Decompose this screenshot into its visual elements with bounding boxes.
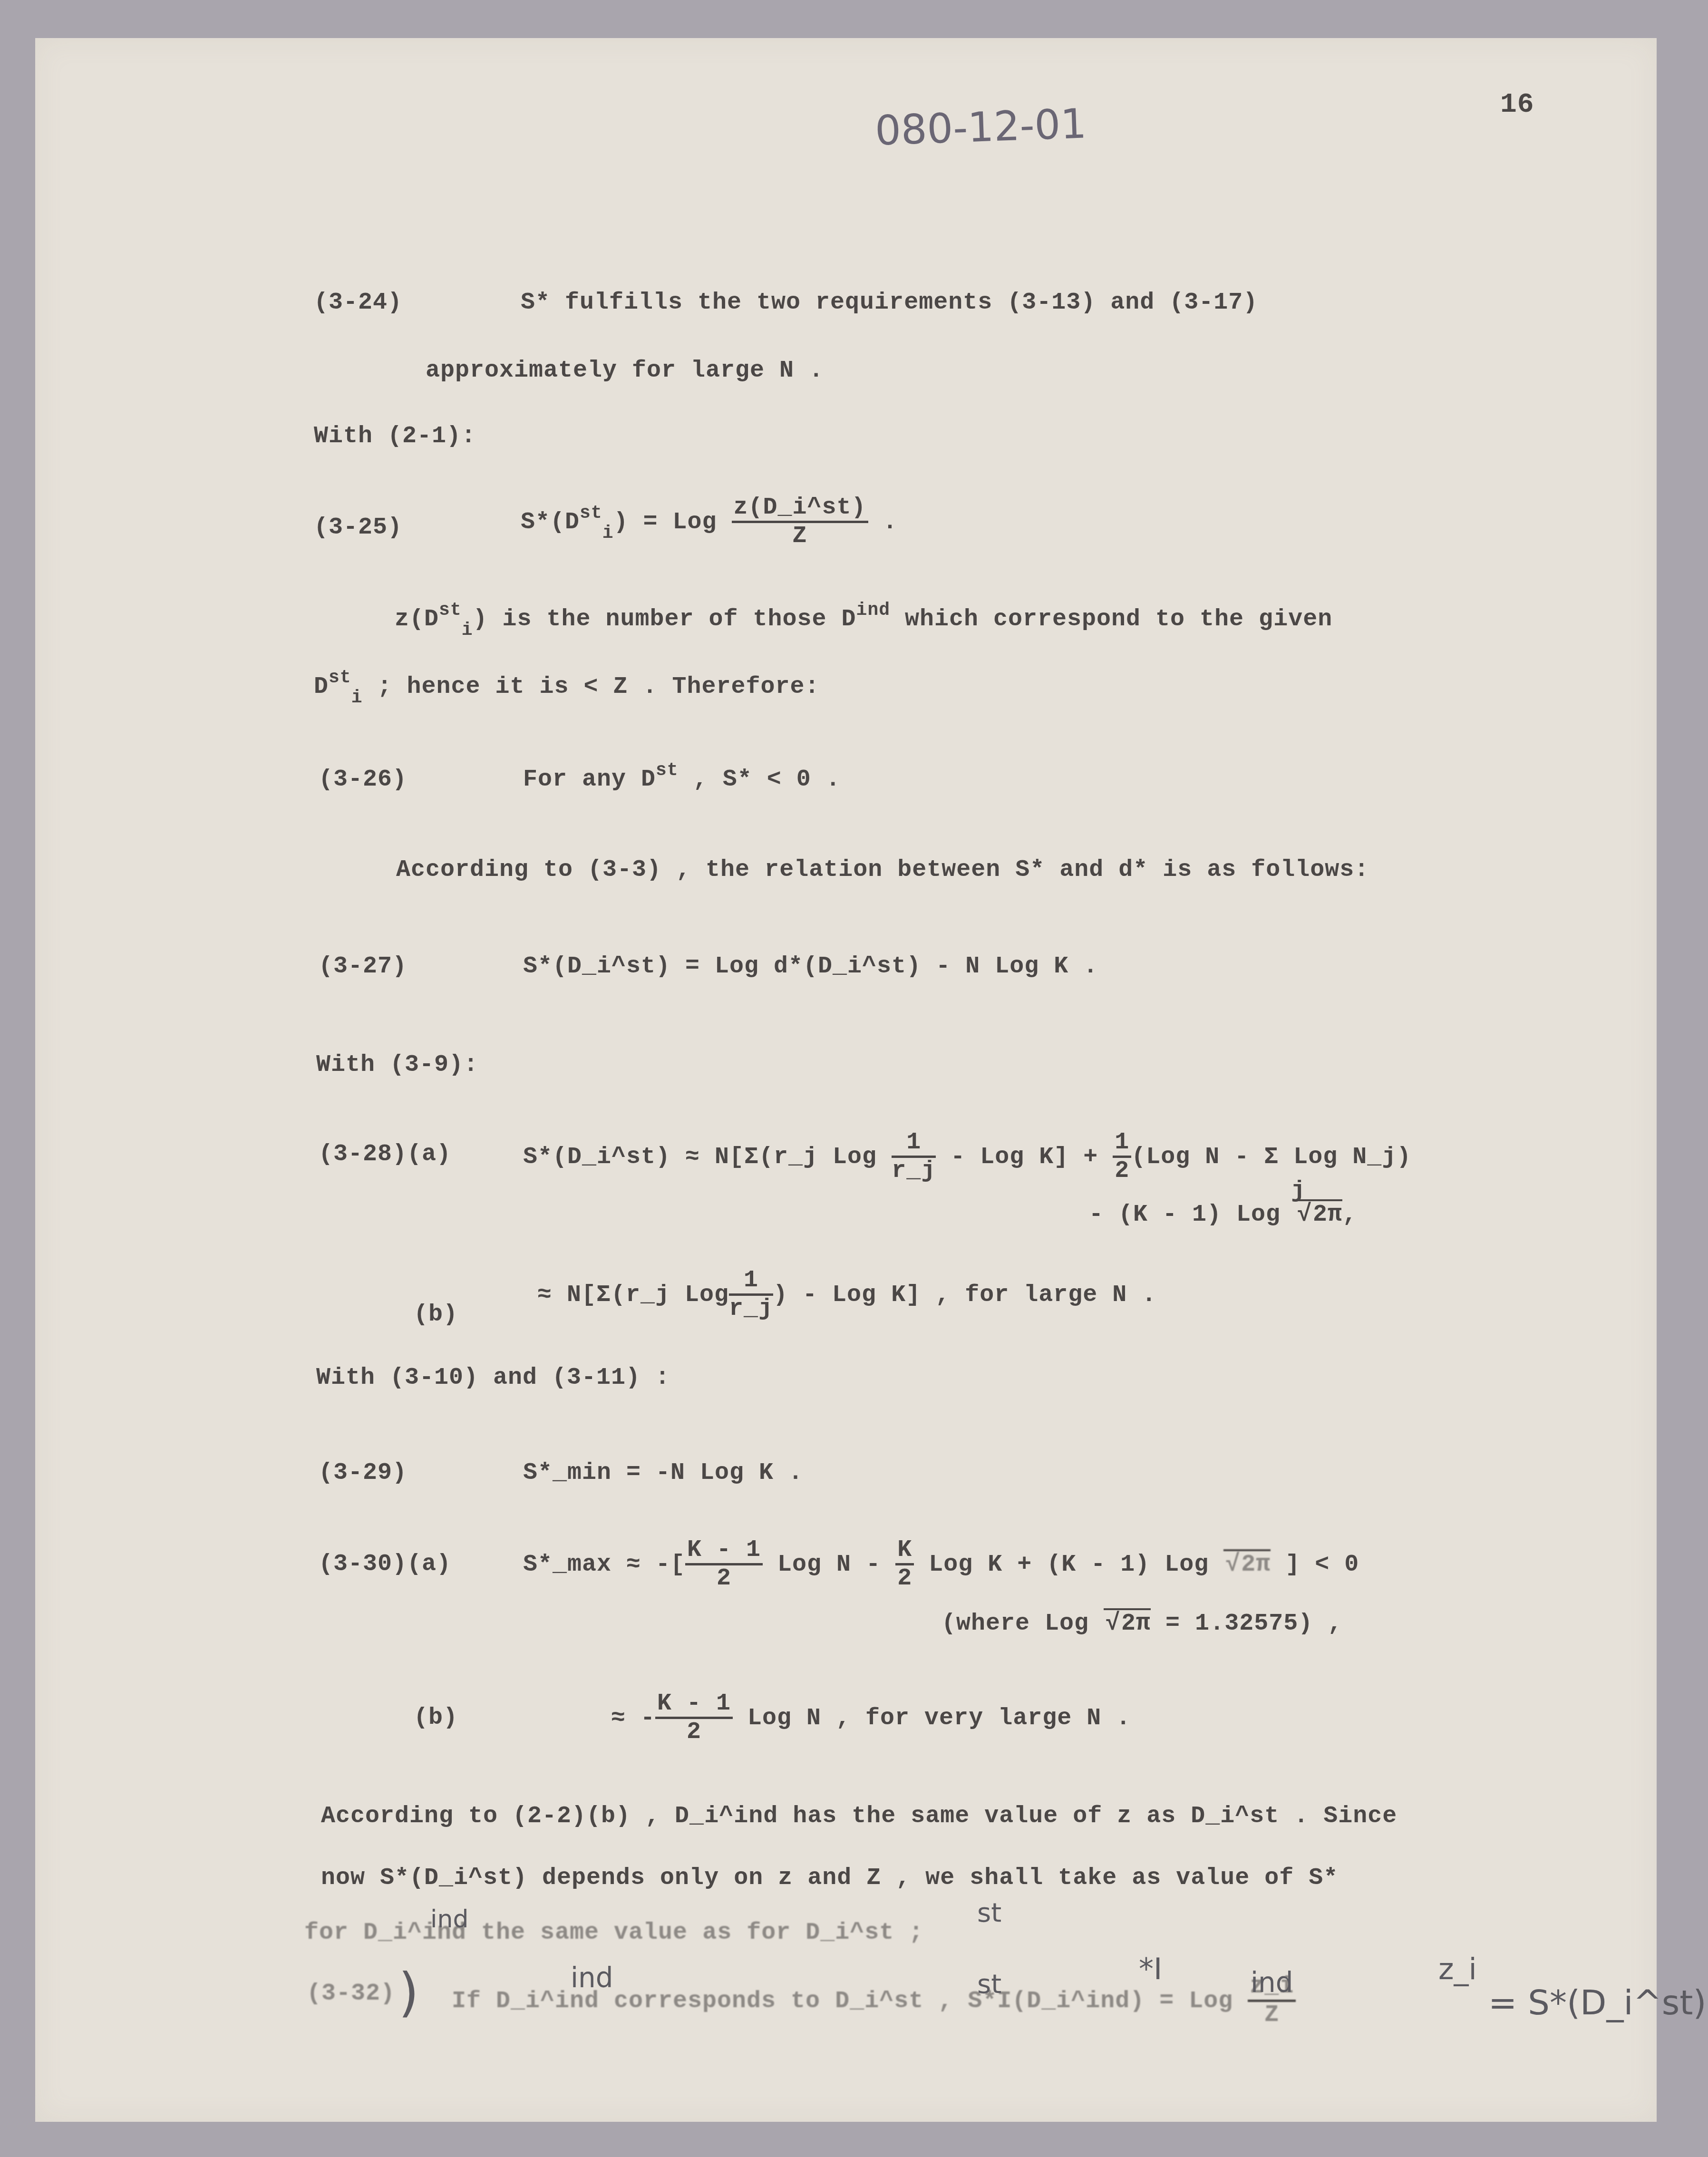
text: , [1342, 1201, 1357, 1228]
text: ; hence it is < Z . Therefore: [362, 673, 819, 700]
numerator: 1 [729, 1267, 773, 1296]
handwritten-result: = S*(D_i^st). [1488, 1985, 1708, 2020]
page-number: 16 [1500, 91, 1534, 119]
statement-3-24: S* fulfills the two requirements (3-13) … [521, 291, 1258, 315]
eq-3-25-sup: st [580, 503, 602, 524]
sup: st [439, 600, 462, 621]
sqrt-2pi: 2π [1295, 1199, 1342, 1228]
sup: ind [856, 600, 890, 621]
note-log-sqrt-2pi: (where Log 2π = 1.32575) , [941, 1612, 1342, 1636]
paragraph-according-2-2b: According to (2-2)(b) , D_i^ind has the … [321, 1805, 1397, 1828]
sup: st [656, 760, 679, 781]
eq-3-25-sub: i [602, 523, 614, 544]
faded-line-for-d-ind: for D_i^ind the same value as for D_i^st… [304, 1921, 923, 1945]
fraction: 1r_j [729, 1267, 773, 1322]
numerator: K [895, 1537, 914, 1565]
text: For any D [523, 766, 656, 793]
equation-3-25: S*(Dsti) = Log z(D_i^st) Z . [521, 495, 898, 549]
sqrt-2pi: 2π [1104, 1608, 1151, 1637]
text: ≈ - [611, 1705, 655, 1732]
text: z(D [395, 606, 439, 633]
text: ] < 0 [1271, 1551, 1359, 1578]
with-3-10-3-11: With (3-10) and (3-11) : [316, 1366, 670, 1390]
eq-label-3-27: (3-27) [319, 955, 407, 979]
handwritten-st-2: st [977, 1971, 1001, 1998]
handwritten-paren: ) [398, 1966, 419, 2019]
text: - (K - 1) Log [1089, 1201, 1281, 1228]
eq-label-3-30a: (3-30)(a) [319, 1553, 451, 1576]
eq-label-3-24: (3-24) [314, 291, 402, 315]
equation-3-28a-cont: - (K - 1) Log 2π, [1089, 1203, 1357, 1227]
denominator: r_j [892, 1158, 936, 1184]
denominator: 2 [895, 1565, 914, 1592]
numerator: 1 [892, 1129, 936, 1158]
eq-3-25-eq: ) = Log [613, 509, 717, 536]
equation-3-29: S*_min = -N Log K . [523, 1461, 803, 1485]
eq-3-25-end: . [868, 509, 898, 536]
fraction: K - 12 [685, 1537, 763, 1592]
text: which correspond to the given [890, 606, 1332, 633]
sqrt-2pi: 2π [1223, 1549, 1271, 1578]
eq-3-25-fraction: z(D_i^st) Z [732, 495, 868, 549]
denominator: 2 [685, 1565, 763, 1592]
statement-3-26: For any Dst , S* < 0 . [523, 768, 841, 792]
half-fraction: 12 [1113, 1129, 1131, 1184]
statement-3-24-cont: approximately for large N . [426, 359, 824, 383]
text: ≈ N[Σ(r_j Log [537, 1282, 729, 1309]
text: Log N , for very large N . [733, 1705, 1131, 1732]
text: (where Log [941, 1610, 1089, 1637]
eq-label-3-32: (3-32) [307, 1982, 395, 2006]
eq-3-25-numerator: z(D_i^st) [732, 495, 868, 523]
text: , S* < 0 . [679, 766, 841, 793]
archive-id: 080-12-01 [874, 103, 1087, 151]
with-2-1: With (2-1): [314, 425, 476, 448]
text: S*(D_i^st) ≈ N[Σ(r_j Log [523, 1144, 877, 1171]
equation-3-28a: S*(D_i^st) ≈ N[Σ(r_j Log 1r_j - Log K] +… [523, 1129, 1411, 1184]
numerator: 1 [1113, 1129, 1131, 1158]
eq-label-3-25: (3-25) [314, 516, 402, 540]
numerator: K - 1 [685, 1537, 763, 1565]
sub: i [351, 688, 363, 708]
text: S*_max ≈ -[ [523, 1551, 685, 1578]
text: ) - Log K] , for large N . [773, 1282, 1156, 1309]
handwritten-z-i: z_i [1438, 1954, 1477, 1984]
text: (Log N - Σ Log N_j) [1131, 1144, 1411, 1171]
text: = 1.32575) , [1151, 1610, 1342, 1637]
text: Log N - [763, 1551, 881, 1578]
paragraph-z-definition: z(Dsti) is the number of those Dind whic… [395, 608, 1332, 632]
eq-label-3-26: (3-26) [319, 768, 407, 792]
text: - Log K] + [951, 1144, 1098, 1171]
paragraph-relation: According to (3-3) , the relation betwee… [396, 858, 1369, 882]
fraction: K2 [895, 1537, 914, 1592]
denominator: 2 [1113, 1158, 1131, 1184]
denominator: Z [1248, 2002, 1296, 2028]
sup: st [329, 668, 351, 688]
fraction: 1r_j [892, 1129, 936, 1184]
text: ) is the number of those D [473, 606, 856, 633]
paragraph-z-definition-cont: Dsti ; hence it is < Z . Therefore: [314, 675, 820, 699]
handwritten-ind-3: ind [1251, 1969, 1293, 1996]
equation-3-28b: ≈ N[Σ(r_j Log1r_j) - Log K] , for large … [537, 1267, 1156, 1322]
handwritten-ind-1: ind [430, 1907, 468, 1932]
eq-label-3-30b: (b) [414, 1706, 458, 1730]
equation-3-27: S*(D_i^st) = Log d*(D_i^st) - N Log K . [523, 955, 1098, 979]
text: If D_i^ind corresponds to D_i^st , S*I(D… [452, 1988, 1233, 2015]
equation-3-30a: S*_max ≈ -[K - 12 Log N - K2 Log K + (K … [523, 1537, 1359, 1592]
sub: i [462, 620, 473, 641]
eq-3-25-denominator: Z [732, 523, 868, 549]
eq-label-3-28b: (b) [414, 1303, 458, 1327]
denominator: r_j [729, 1296, 773, 1322]
handwritten-star-i: *I [1139, 1954, 1162, 1984]
paragraph-according-2-2b-cont: now S*(D_i^st) depends only on z and Z ,… [321, 1866, 1338, 1890]
handwritten-st-1: st [977, 1900, 1001, 1926]
numerator: K - 1 [655, 1691, 733, 1719]
fraction: K - 12 [655, 1691, 733, 1745]
eq-label-3-28a: (3-28)(a) [319, 1143, 451, 1166]
text: Log K + (K - 1) Log [914, 1551, 1209, 1578]
denominator: 2 [655, 1719, 733, 1745]
text: D [314, 673, 329, 700]
handwritten-ind-2: ind [571, 1964, 613, 1992]
with-3-9: With (3-9): [316, 1053, 478, 1077]
eq-3-25-lhs: S*(D [521, 509, 580, 536]
eq-label-3-29: (3-29) [319, 1461, 407, 1485]
equation-3-30b: ≈ -K - 12 Log N , for very large N . [611, 1691, 1131, 1745]
